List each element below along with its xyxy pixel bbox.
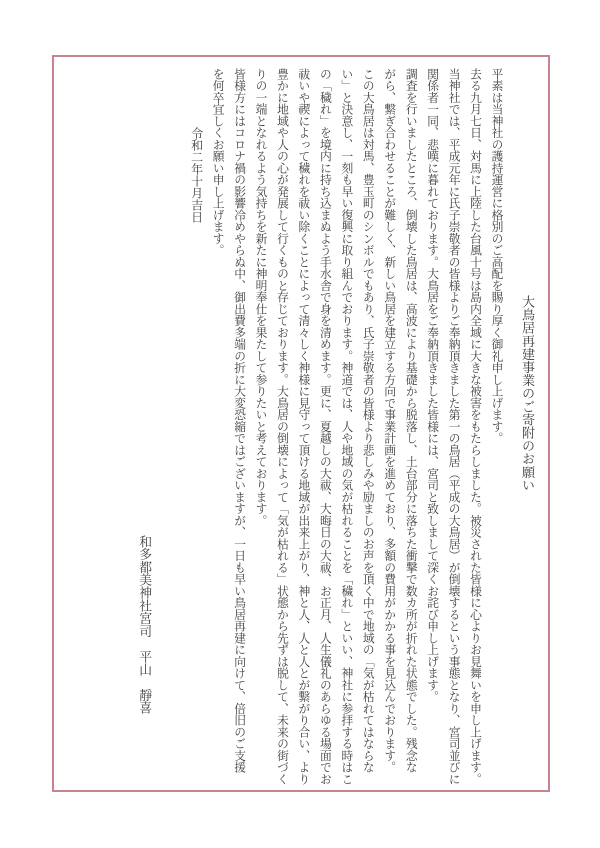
letter-line: 調査を行いましたところ、倒壊した鳥居は、高波により基礎から脱落し、土台部分に落ち… (400, 68, 421, 788)
letter-line: この大鳥居は対馬、豊玉町のシンボルでもあり、氏子崇敬者の皆様より悲しみや励ましの… (357, 68, 378, 788)
letter-line: 祓いや禊によって穢れを祓い除くことによって清々しく神様に見守って頂ける地域が出来… (292, 68, 313, 788)
letter-line: 平素は当神社の護持運営に格別のご高配を賜り厚く御礼申し上げます。 (486, 68, 507, 788)
letter-line: 豊かに地域や人の心が発展して行くものと存じております。大鳥居の倒壊によって「気が… (271, 68, 292, 788)
letter-line: を何卒宜しくお願い申し上げます。 (207, 68, 228, 788)
letter-line: 去る九月七日、対馬に上陸した台風十号は島内全域に大きな被害をもたらしました。被災… (464, 68, 485, 788)
letter-line: い」と決意し、一刻も早い復興に取り組んでおります。神道では、人や地域の気が枯れる… (335, 68, 356, 788)
letter-title: 大鳥居再建事業のご寄附のお願い (516, 68, 538, 788)
letter-line: がら、繋ぎ合わせることが難しく、新しい鳥居を建立する方向で事業計画を進めており、… (378, 68, 399, 788)
letter-line: の「穢れ」を境内に持ち込まぬよう手水舎で身を清めます。更に、夏越しの大祓、大晦日… (314, 68, 335, 788)
letter-frame: 大鳥居再建事業のご寄附のお願い 平素は当神社の護持運営に格別のご高配を賜り厚く御… (52, 55, 550, 792)
letter-line: 皆様方にはコロナ禍の影響冷めやらぬ中、御出費多端の折に大変恐縮ではございますが、… (228, 68, 249, 788)
letter-page: 大鳥居再建事業のご寄附のお願い 平素は当神社の護持運営に格別のご高配を賜り厚く御… (0, 0, 600, 848)
letter-line: 関係者一同、悲嘆に暮れております。大鳥居をご奉納頂きました皆様には、宮司と致しま… (421, 68, 442, 788)
letter-signature: 和多都美神社宮司 平山 靜喜 (133, 68, 154, 788)
letter-body: 大鳥居再建事業のご寄附のお願い 平素は当神社の護持運営に格別のご高配を賜り厚く御… (133, 68, 538, 788)
letter-line: 当神社では、平成元年に氏子崇敬者の皆様よりご奉納頂きました第一の鳥居（平成の大鳥… (443, 68, 464, 788)
letter-line: りの一端となれるよう気持ちを新たに神明奉仕を果たして参りたいと考えております。 (250, 68, 271, 788)
letter-date: 令和二年十月吉日 (185, 68, 206, 788)
